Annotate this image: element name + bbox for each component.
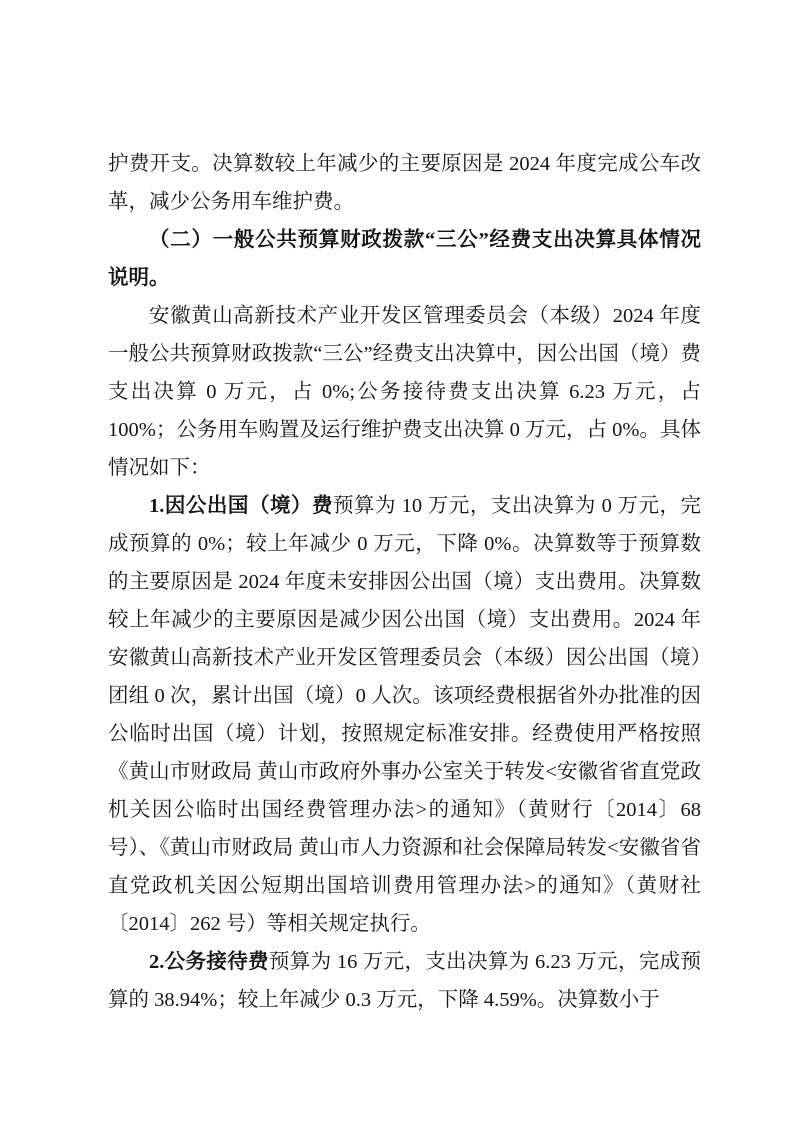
paragraph-summary: 安徽黄山高新技术产业开发区管理委员会（本级）2024 年度一般公共预算财政拨款“…	[108, 297, 701, 487]
item1-body: 预算为 10 万元，支出决算为 0 万元，完成预算的 0%；较上年减少 0 万元…	[108, 495, 701, 935]
paragraph-continuation: 护费开支。决算数较上年减少的主要原因是 2024 年度完成公车改革，减少公务用车…	[108, 145, 701, 221]
paragraph-item1: 1.因公出国（境）费预算为 10 万元，支出决算为 0 万元，完成预算的 0%；…	[108, 487, 701, 943]
item1-label: 1.因公出国（境）费	[149, 495, 333, 517]
item2-label: 2.公务接待费	[149, 951, 269, 973]
document-page: 护费开支。决算数较上年减少的主要原因是 2024 年度完成公车改革，减少公务用车…	[0, 0, 793, 1122]
paragraph-item2: 2.公务接待费预算为 16 万元，支出决算为 6.23 万元，完成预算的 38.…	[108, 943, 701, 1019]
section-heading: （二）一般公共预算财政拨款“三公”经费支出决算具体情况说明。	[108, 221, 701, 297]
